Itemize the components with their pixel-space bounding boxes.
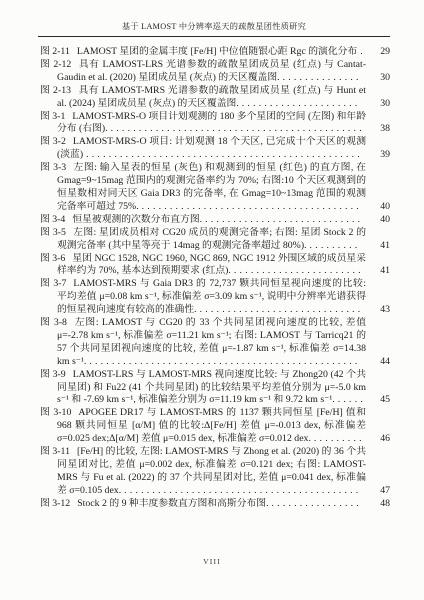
- figure-label: 图 3-6: [40, 253, 65, 264]
- thesis-page: 基于 LAMOST 中分辨率巡天的疏散星团性质研究 图 2-11LAMOST 星…: [0, 0, 424, 600]
- page-number: 29: [380, 46, 390, 59]
- figure-label: 图 3-12: [40, 498, 70, 509]
- toc-entry[interactable]: 图 3-10APOGEE DR17 与 LAMOST-MRS 的 1137 颗共…: [40, 407, 390, 446]
- header-rule: [38, 36, 390, 37]
- toc-entry[interactable]: 图 3-1LAMOST-MRS-O 项目计划观测的 180 多个星团的空间 (左…: [40, 111, 390, 137]
- dot-leader: .: [357, 46, 366, 57]
- dot-leader: ........................................…: [83, 149, 363, 160]
- dot-leader: .......................................: [139, 201, 362, 212]
- figure-caption: 恒星被观测的次数分布直方图.: [72, 214, 202, 225]
- toc-entry[interactable]: 图 3-9LAMOST-LRS 与 LAMOST-MRS 视向速度比较: 与 Z…: [40, 369, 390, 408]
- page-number: 30: [380, 98, 390, 111]
- figure-label: 图 3-8: [40, 317, 67, 328]
- toc-entry[interactable]: 图 2-11LAMOST 星团的金属丰度 [Fe/H] 中位值随银心距 Rgc …: [40, 46, 390, 59]
- page-number: 30: [380, 72, 390, 85]
- page-number: 40: [380, 201, 390, 214]
- page-number: 45: [380, 394, 390, 407]
- figure-label: 图 3-11: [40, 446, 70, 457]
- figure-caption: LAMOST 星团的金属丰度 [Fe/H] 中位值随银心距 Rgc 的演化分布: [77, 46, 357, 57]
- dot-leader: .......................: [231, 265, 364, 276]
- page-number: 47: [380, 485, 390, 498]
- dot-leader: .............................: [197, 304, 364, 315]
- figure-caption: Stock 2 的 9 种丰度参数直方图和高斯分布图.: [77, 498, 268, 509]
- page-number: 39: [380, 149, 390, 162]
- dot-leader: ..............: [280, 72, 362, 83]
- dot-leader: ........................................…: [121, 485, 361, 496]
- page-number: 41: [380, 240, 390, 253]
- dot-leader: .....: [335, 394, 366, 405]
- page-number: 38: [380, 123, 390, 136]
- figure-label: 图 3-1: [40, 111, 65, 122]
- toc-entry[interactable]: 图 3-12Stock 2 的 9 种丰度参数直方图和高斯分布图........…: [40, 498, 390, 511]
- running-header: 基于 LAMOST 中分辨率巡天的疏散星团性质研究: [38, 22, 390, 32]
- figure-label: 图 3-10: [40, 407, 71, 418]
- dot-leader: ................: [269, 498, 362, 509]
- dot-leader: ........................................…: [86, 356, 360, 367]
- toc-entry[interactable]: 图 3-7LAMOST-MRS 与 Gaia DR3 的 72,737 颗共同恒…: [40, 278, 390, 317]
- page-number: 41: [380, 265, 390, 278]
- toc-entry[interactable]: 图 3-2LAMOST-MRS-O 项目: 计划观测 18 个天区, 已完成十个…: [40, 136, 390, 162]
- dot-leader: .....................: [239, 98, 361, 109]
- figure-label: 图 2-13: [40, 85, 71, 96]
- page-number: 43: [380, 304, 390, 317]
- figure-label: 图 3-4: [40, 214, 65, 225]
- figure-label: 图 3-9: [40, 369, 66, 380]
- dot-leader: .........: [307, 240, 361, 251]
- dot-leader: ........................................…: [108, 123, 365, 134]
- figure-label: 图 2-12: [40, 59, 71, 70]
- page-number: 46: [380, 433, 390, 446]
- figure-label: 图 3-3: [40, 162, 66, 173]
- toc-entry[interactable]: 图 2-12具有 LAMOST-LRS 光谱参数的疏散星团成员星 (红点) 与 …: [40, 59, 390, 85]
- toc-entry[interactable]: 图 3-8左图: LAMOST 与 CG20 的 33 个共同星团视向速度的比较…: [40, 317, 390, 369]
- figure-label: 图 3-7: [40, 278, 66, 289]
- toc-entry[interactable]: 图 3-5左图: 星团成员相对 CG20 成员的观测完备率; 右图: 星团 St…: [40, 227, 390, 253]
- figure-caption: LAMOST-LRS 与 LAMOST-MRS 视向速度比较: 与 Zhong2…: [57, 369, 366, 406]
- figure-list: 图 2-11LAMOST 星团的金属丰度 [Fe/H] 中位值随银心距 Rgc …: [40, 46, 390, 511]
- toc-entry[interactable]: 图 3-3左图: 输入星表的恒星 (灰色) 和观测到的恒星 (红色) 的直方图,…: [40, 162, 390, 214]
- figure-label: 图 2-11: [40, 46, 70, 57]
- toc-entry[interactable]: 图 3-6星团 NGC 1528, NGC 1960, NGC 869, NGC…: [40, 253, 390, 279]
- page-number: 44: [380, 356, 390, 369]
- toc-entry[interactable]: 图 2-13具有 LAMOST-MRS 光谱参数的疏散星团成员星 (红点) 与 …: [40, 85, 390, 111]
- footer-page-number: VIII: [0, 557, 424, 566]
- dot-leader: ............................: [202, 214, 363, 225]
- toc-entry[interactable]: 图 3-11[Fe/H] 的比较, 左图: LAMOST-MRS 与 Zhong…: [40, 446, 390, 498]
- toc-entry[interactable]: 图 3-4恒星被观测的次数分布直方图......................…: [40, 214, 390, 227]
- figure-label: 图 3-5: [40, 227, 66, 238]
- figure-label: 图 3-2: [40, 136, 66, 147]
- page-number: 40: [380, 214, 390, 227]
- dot-leader: .........: [311, 433, 365, 444]
- page-number: 48: [380, 498, 390, 511]
